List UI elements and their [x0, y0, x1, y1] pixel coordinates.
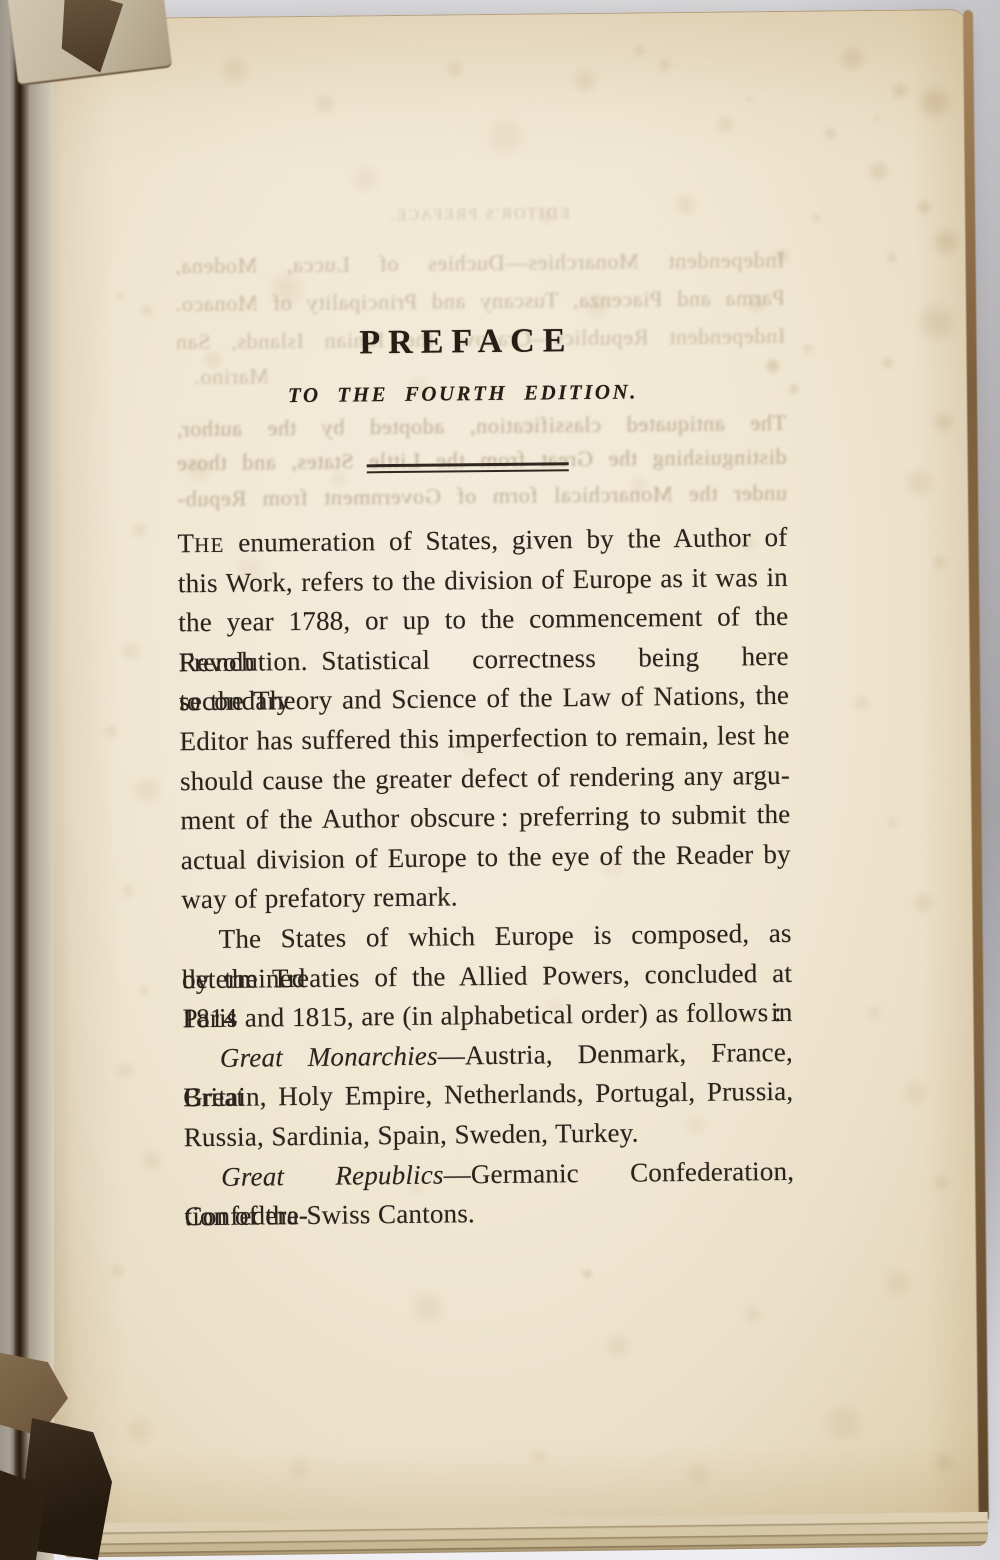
body-text-line: The States of which Europe is composed, …: [181, 914, 791, 960]
foxing-spot: [904, 467, 934, 497]
foxing-spot: [788, 383, 800, 395]
foxing-spot: [329, 469, 349, 489]
foxing-spot: [824, 1403, 864, 1443]
book-page: EDITOR'S PREFACE.Independent Monarchies—…: [34, 9, 982, 1528]
page-fore-edge: [963, 10, 989, 1522]
foxing-spot: [656, 57, 672, 73]
foxing-spot: [918, 85, 952, 119]
foxing-spot: [138, 1147, 164, 1173]
foxing-spot: [445, 60, 463, 78]
book: EDITOR'S PREFACE.Independent Monarchies—…: [0, 1, 1000, 1557]
foxing-spot: [875, 116, 879, 120]
foxing-spot: [932, 411, 954, 433]
foxing-spot: [868, 160, 890, 182]
body-text-line: Russia, Sardinia, Spain, Sweden, Turkey.: [184, 1112, 794, 1158]
body-text-segment: should cause the greater defect of rende…: [180, 759, 790, 795]
foxing-spot: [916, 199, 932, 215]
page-title: PREFACE: [157, 320, 767, 364]
foxing-stain-layer: [34, 10, 966, 20]
body-text-segment: Editor has suffered this imperfection to…: [179, 720, 789, 756]
foxing-spot: [109, 1263, 125, 1279]
foxing-spot: [882, 1268, 912, 1298]
double-rule: [367, 462, 569, 473]
foxing-spot: [912, 891, 934, 913]
body-text-line: actual division of Europe to the eye of …: [181, 835, 791, 881]
foxing-spot: [886, 252, 898, 264]
body-text-segment: this Work, refers to the division of Eur…: [178, 562, 788, 598]
body-text-line: Great Monarchies—Austria, Denmark, Franc…: [183, 1033, 793, 1079]
body-text-line: Editor has suffered this imperfection to…: [179, 716, 789, 762]
foxing-spot: [604, 1332, 632, 1360]
foxing-spot: [120, 640, 142, 662]
foxing-spot: [747, 294, 767, 314]
body-text-segment: enumeration of States, given by the Auth…: [224, 522, 787, 558]
body-text-line: Britain, Holy Empire, Netherlands, Portu…: [183, 1072, 793, 1118]
body-text-segment: Great Monarchies: [220, 1040, 438, 1072]
foxing-spot: [314, 93, 336, 115]
page-subtitle: TO THE FOURTH EDITION.: [158, 378, 768, 409]
foxing-spot: [530, 1447, 548, 1465]
body-text-segment: T: [177, 528, 194, 558]
foxing-spot: [582, 1269, 592, 1279]
body-text-line: to the Theory and Science of the Law of …: [179, 676, 789, 722]
body-text-line: should cause the greater defect of rende…: [180, 755, 790, 801]
foxing-spot: [118, 294, 122, 298]
foxing-spot: [932, 228, 960, 256]
body-text-segment: ment of the Author obscure : preferring …: [180, 799, 790, 835]
body-text-line: ment of the Author obscure : preferring …: [180, 795, 790, 841]
foxing-spot: [633, 44, 645, 56]
ghost-text-line: The antiquated classification, adopted b…: [176, 412, 786, 441]
body-text-segment: tion of the Swiss Cantons.: [184, 1198, 475, 1231]
ghost-text-line: Independent Monarchies—Duchies of Lucca,…: [174, 249, 784, 278]
foxing-spot: [537, 207, 555, 225]
foxing-spot: [629, 475, 649, 495]
body-text-segment: 1814 and 1815, are (in alphabetical orde…: [182, 997, 782, 1033]
foxing-spot: [269, 271, 305, 307]
foxing-spot: [520, 419, 536, 435]
ghost-text-line: Parma and Piacenza, Tuscany and Principa…: [175, 287, 785, 316]
body-text-line: way of prefatory remark.: [181, 874, 791, 920]
body-text-segment: Great Republics: [221, 1159, 444, 1191]
foxing-spot: [287, 1457, 311, 1481]
body-text-segment: HE: [194, 533, 225, 557]
body-text-line: by the Treaties of the Allied Powers, co…: [182, 953, 792, 999]
foxing-spot: [932, 1173, 950, 1191]
foxing-spot: [852, 694, 870, 712]
foxing-spot: [881, 356, 895, 370]
foxing-spot: [583, 292, 611, 320]
foxing-spot: [124, 1416, 154, 1446]
body-text-line: 1814 and 1815, are (in alphabetical orde…: [182, 993, 792, 1039]
foxing-spot: [115, 1061, 135, 1081]
foxing-spot: [885, 816, 899, 830]
foxing-spot: [748, 97, 752, 101]
foxing-spot: [839, 45, 865, 71]
foxing-spot: [409, 1290, 445, 1326]
foxing-spot: [802, 344, 812, 354]
foxing-spot: [686, 1462, 712, 1488]
body-text-segment: to the Theory and Science of the Law of …: [179, 680, 789, 716]
page-heading: PREFACE TO THE FOURTH EDITION.: [154, 12, 764, 18]
foxing-spot: [743, 1304, 763, 1324]
foxing-spot: [130, 522, 148, 540]
foxing-spot: [932, 554, 948, 570]
foxing-spot: [186, 457, 212, 483]
foxing-spot: [715, 114, 735, 134]
body-text-line: this Work, refers to the division of Eur…: [178, 558, 788, 604]
foxing-spot: [572, 68, 598, 94]
body-text-line: Great Republics—Germanic Confederation, …: [184, 1151, 794, 1197]
body-text-line: Revolution. Statistical correctness bein…: [179, 637, 789, 683]
foxing-spot: [811, 214, 821, 224]
body-text-segment: Britain, Holy Empire, Netherlands, Portu…: [183, 1076, 793, 1112]
book-photo: EDITOR'S PREFACE.Independent Monarchies—…: [0, 0, 1000, 1560]
foxing-spot: [140, 304, 154, 318]
foxing-spot: [674, 193, 698, 217]
body-text-segment: Russia, Sardinia, Spain, Sweden, Turkey.: [184, 1117, 639, 1152]
foxing-spot: [351, 163, 381, 193]
foxing-spot: [933, 1451, 955, 1473]
body-text-segment: actual division of Europe to the eye of …: [181, 839, 791, 875]
foxing-spot: [485, 117, 525, 157]
foxing-spot: [120, 883, 136, 899]
foxing-spot: [138, 985, 150, 997]
book-spine: [0, 0, 54, 1560]
foxing-spot: [104, 724, 118, 738]
foxing-spot: [902, 1079, 928, 1105]
foxing-spot: [917, 302, 957, 342]
foxing-spot: [866, 1005, 882, 1021]
body-text-line: THE enumeration of States, given by the …: [177, 518, 787, 564]
body-text-segment: way of prefatory remark.: [181, 882, 458, 915]
body-text-line: tion of the Swiss Cantons.: [184, 1191, 794, 1237]
foxing-spot: [765, 358, 781, 374]
foxing-spot: [823, 126, 837, 140]
foxing-spot: [891, 82, 909, 100]
body-text: THE enumeration of States, given by the …: [177, 518, 794, 1237]
foxing-spot: [219, 55, 249, 85]
ghost-text-line: under the Monarchical form of Government…: [177, 482, 787, 511]
foxing-spot: [132, 775, 162, 805]
body-text-line: the year 1788, or up to the commencement…: [178, 597, 788, 643]
foxing-spot: [773, 248, 789, 264]
